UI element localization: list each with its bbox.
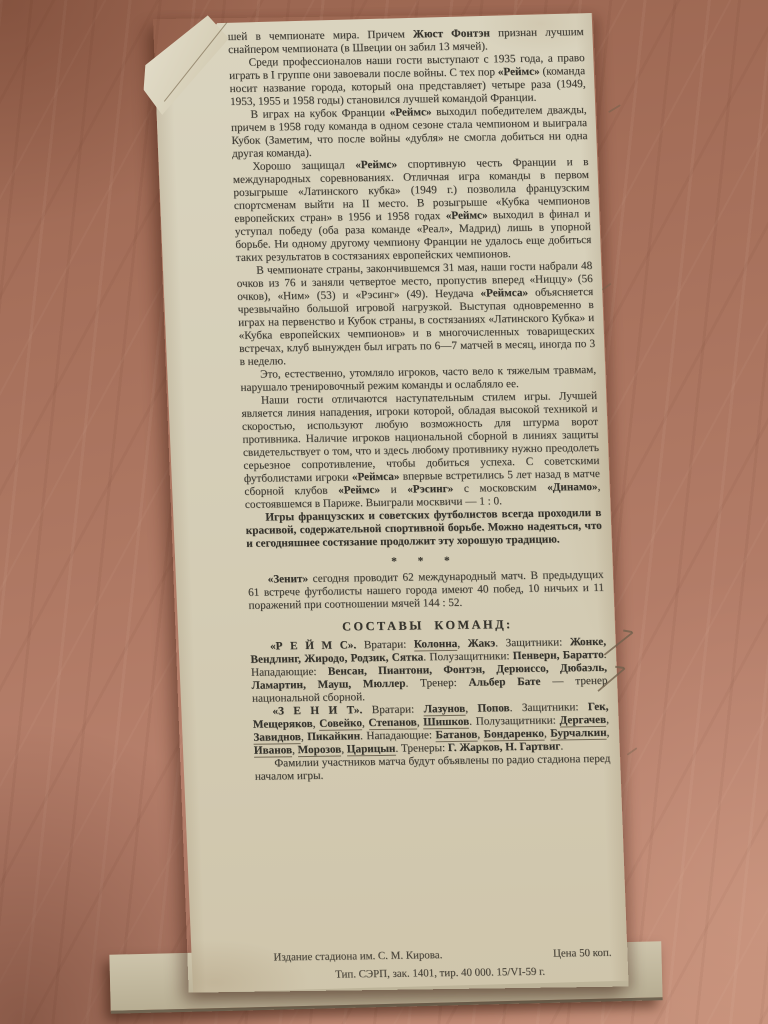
text-segment: , [606,714,609,726]
imprint-line: Издание стадиона им. С. М. Кирова.Цена 5… [273,947,611,965]
text-segment: и [380,484,408,496]
pencil-underlined-name: Иванов [254,744,293,758]
pencil-underlined-name: Дергачев [559,714,606,728]
text-segment: Хорошо защищал [252,159,355,172]
text-segment: «Реймс» [498,66,540,79]
paragraph: Фамилии участников матча будут объявлены… [254,753,611,784]
text-segment: «Рэсинг» [407,483,454,496]
text-segment: . Полузащитники: [423,650,513,663]
text-segment: . Нападающие: [360,729,436,742]
text-segment: Попов [477,702,510,714]
paragraph: Хорошо защищал «Реймс» спортивную честь … [232,156,592,265]
text-segment: , [457,638,468,650]
text-segment: В играх на кубок Франции [250,107,390,121]
pencil-underlined-name: Батанов [435,729,477,743]
text-segment: . Защитники: [495,636,570,649]
programme-page: шей в чемпионате мира. Причем Жюст Фонтэ… [153,13,629,993]
text-segment: . Тренер: [405,677,469,690]
text-segment: , [606,727,609,739]
text-segment: «Зенит» [267,573,308,586]
imprint-publisher: Издание стадиона им. С. М. Кирова. [273,949,442,964]
text-segment: Вратари: [362,703,424,716]
text-segment: , [362,717,369,729]
text-segment: «Реймс» [445,209,487,222]
text-segment: «Реймс» [338,484,380,497]
text-segment: Это, естественно, утомляло игроков, част… [240,364,596,394]
text-segment: «Реймс» [389,106,431,119]
text-segment: «Реймс» [355,159,397,172]
text-segment: Игры французских и советских футболистов… [246,507,602,550]
paragraph: «Зенит» сегодня проводит 62 международны… [247,569,604,613]
text-segment: Пенверн, Баратто [513,649,604,662]
text-segment: . [560,740,563,752]
paragraph: В чемпионате страны, закончившемся 31 ма… [236,260,596,369]
paragraph: В играх на кубок Франции «Реймс» выходил… [230,104,588,161]
paper-sheet: шей в чемпионате мира. Причем Жюст Фонтэ… [153,13,629,993]
text-segment: с московским [453,482,547,495]
pencil-underlined-name: Совейко [319,717,362,731]
text-segment: «З Е Н И Т». [272,704,362,717]
pencil-underlined-name: Степанов [368,716,417,730]
pencil-underlined-name: Лазунов [423,703,465,717]
text-segment: «Р Е Й М С». [270,639,357,652]
text-segment: . Полузащитники: [469,714,560,727]
pencil-mark [602,283,612,291]
paragraph: «Р Е Й М С». Вратари: Колонна, Жакэ. Защ… [250,636,608,706]
text-segment: Вратари: [356,638,414,651]
text-segment: «Реймса» [480,287,528,300]
pencil-underlined-name: Морозов [297,744,341,758]
section-heading: СОСТАВЫ КОМАНД: [249,617,605,635]
text-segment: Г. Жарков, Н. Гартвиг [448,740,561,754]
pencil-underlined-name: Колонна [414,638,458,652]
pencil-underlined-name: Бондаренко [483,728,544,742]
text-segment: Альбер Бате [468,676,540,689]
pencil-mark [608,104,621,113]
imprint-print-info: Тип. СЭРП, зак. 1401, тир. 40 000. 15/VI… [262,965,618,983]
imprint-price: Цена 50 коп. [553,947,612,961]
paragraph: «З Е Н И Т». Вратари: Лазунов, Попов. За… [252,701,610,758]
pencil-underlined-name: Царицын [347,743,396,757]
text-segment: Жакэ [467,637,495,649]
text-segment: , [465,703,478,715]
stars-separator: * * * [247,553,603,571]
text-segment: «Динамо» [547,481,598,494]
text-segment: . Тренеры: [395,742,448,755]
text-segment: «Реймса» [352,471,400,484]
article-text: шей в чемпионате мира. Причем Жюст Фонтэ… [153,13,629,993]
pencil-mark [627,747,638,755]
text-segment: Фамилии участников матча будут объявлены… [255,753,611,783]
paragraph: Игры французских и советских футболистов… [245,507,602,551]
paragraph: Наши гости отличаются наступательным сти… [241,390,601,512]
pencil-underlined-name: Шишков [423,716,469,730]
text-segment: . Защитники: [509,701,588,714]
photo-of-programme-on-wooden-table: { "colors": { "wood": "#ae7863", "paper"… [0,0,768,1024]
text-segment: Пикайкин [307,730,360,743]
pencil-underlined-name: Завиднов [253,731,301,745]
pencil-underlined-name: Бурчалкин [550,727,607,741]
text-segment: Жюст Фонтэн [413,27,490,40]
paragraph: Среди профессионалов наши гости выступаю… [228,52,586,109]
